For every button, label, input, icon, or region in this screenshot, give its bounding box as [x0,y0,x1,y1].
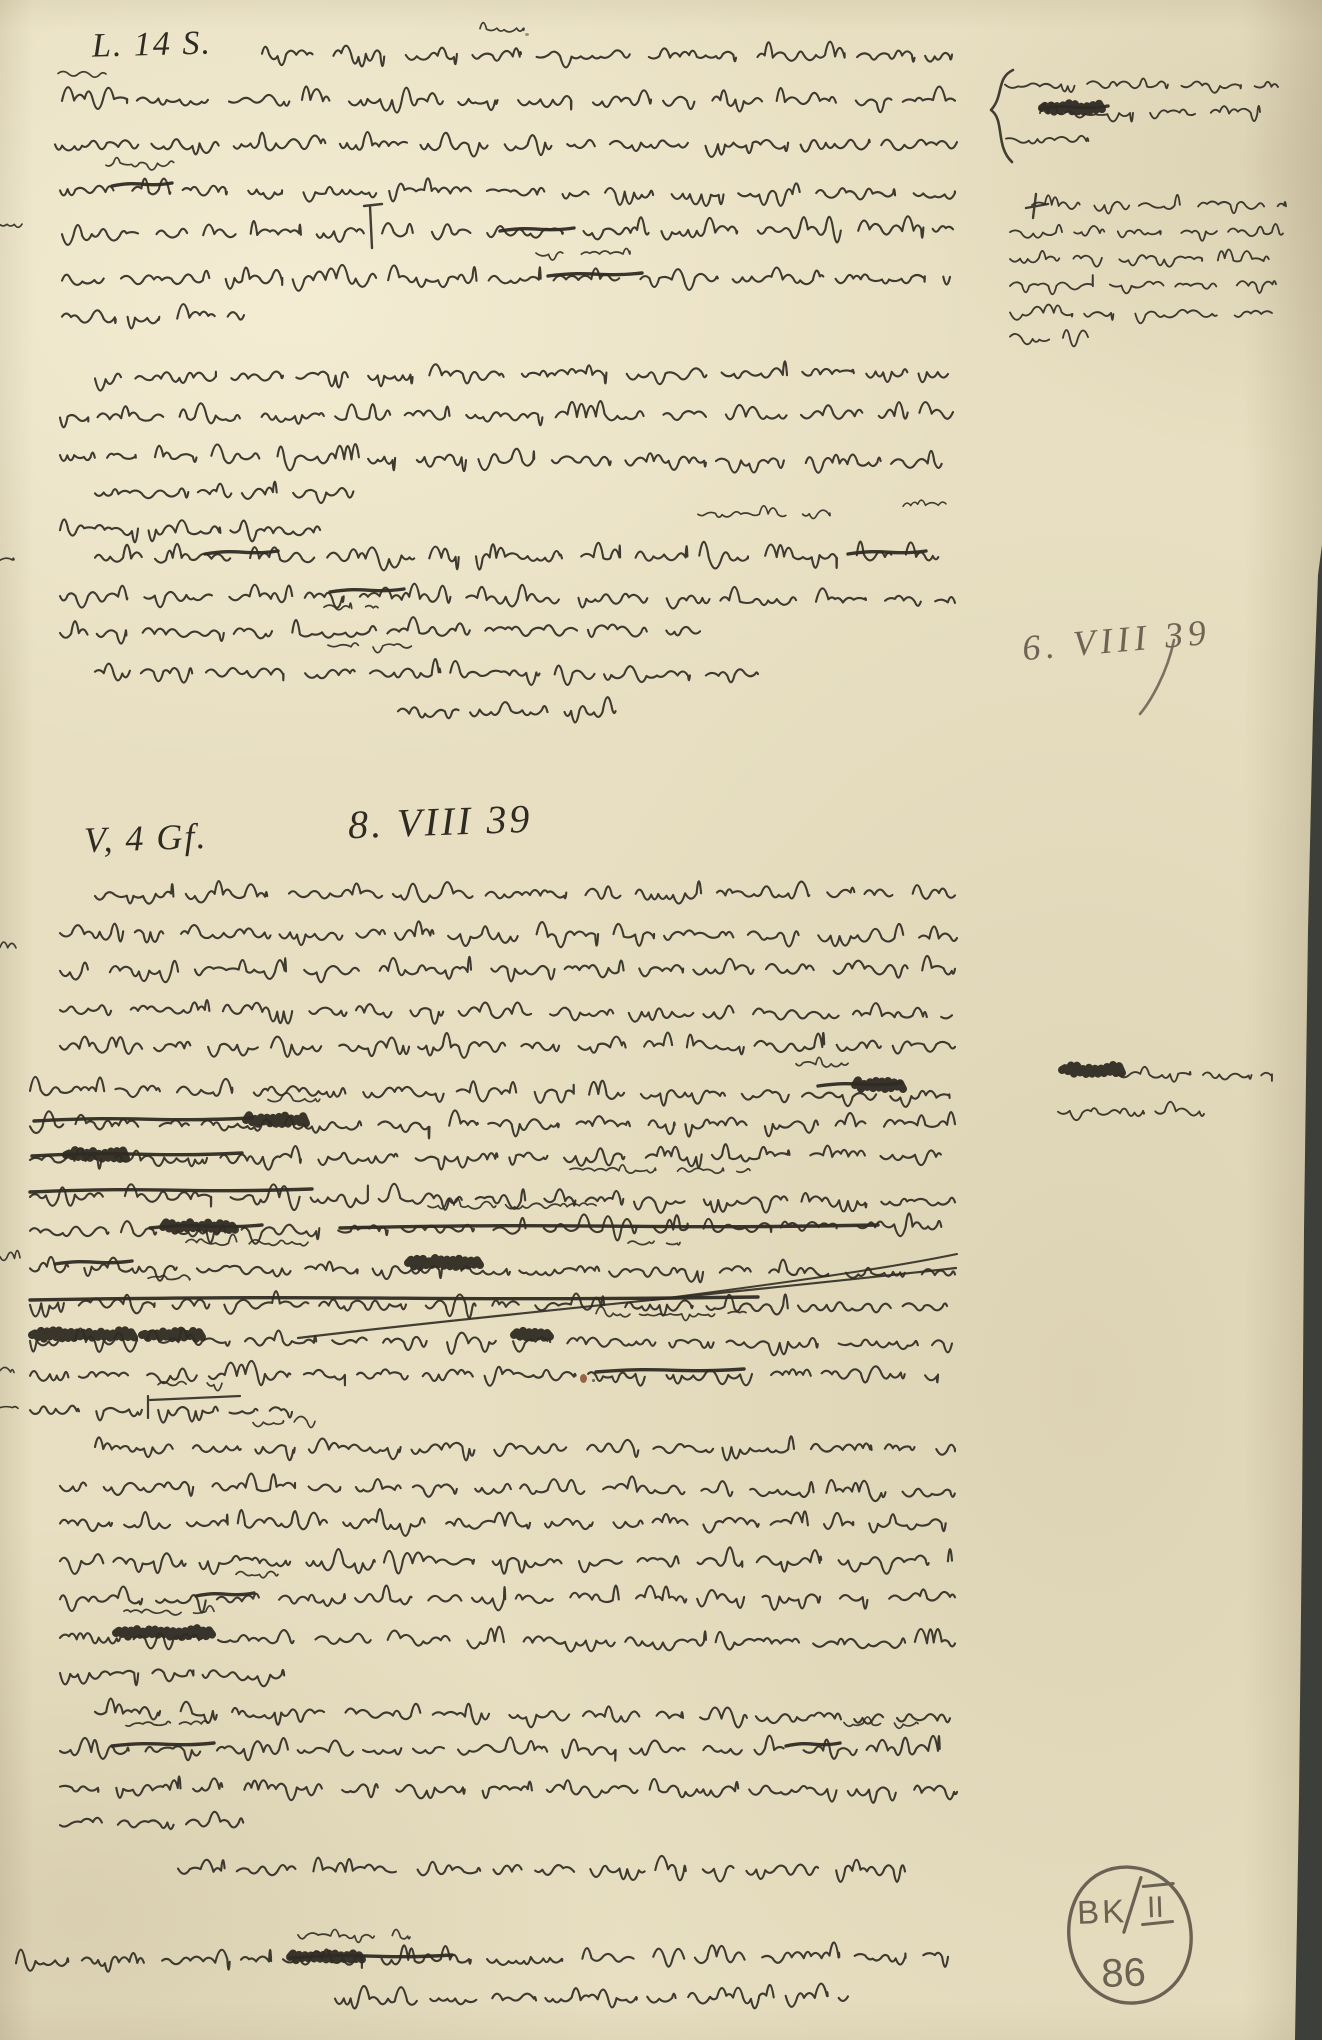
section-reference: V, 4 Gf. [83,818,208,858]
opening-reference: L. 14 S. [92,26,213,63]
stamp-numeral-overline [1143,1883,1173,1886]
stamp-text-bottom: 86 [1101,1950,1147,1996]
handwriting-layer [0,0,1322,2040]
stamp-text-top: BK [1076,1892,1127,1931]
paper-dark-speck [592,1379,595,1382]
stamp-text-numeral: II [1146,1891,1164,1925]
manuscript-page: L. 14 S. V, 4 Gf. 8. VIII 39 6. VIII 39 … [0,0,1322,2040]
paper-small-speck [525,33,529,36]
section-date: 8. VIII 39 [347,799,533,845]
scan-edge [1295,545,1322,2040]
paper-rust-speck [580,1374,587,1383]
archive-stamp: BK II 86 [1058,1860,1208,2018]
